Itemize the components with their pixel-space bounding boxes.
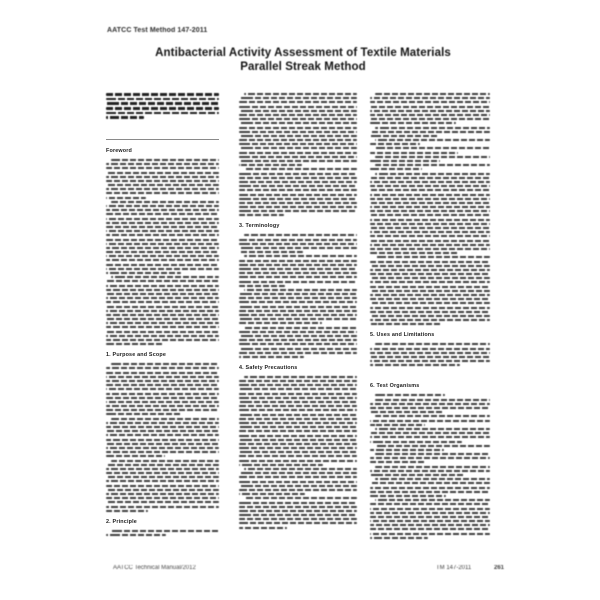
text-line: [370, 135, 438, 137]
text-line: [239, 260, 357, 262]
paragraph: [106, 159, 219, 199]
text-line: [370, 311, 490, 313]
paragraph: [370, 445, 490, 451]
text-line: [239, 247, 357, 249]
text-line: [106, 393, 219, 395]
text-line: [239, 243, 357, 245]
text-line: [106, 184, 219, 186]
text-line: [106, 268, 219, 270]
text-line: [370, 210, 490, 212]
section-heading: Foreword: [106, 148, 208, 153]
text-line: [370, 106, 490, 108]
text-line: [239, 464, 323, 466]
text-line: [239, 214, 284, 216]
text-line: [106, 239, 219, 241]
horizontal-rule: [106, 139, 219, 140]
text-line: [239, 481, 357, 483]
text-line: [370, 194, 490, 196]
text-line: [106, 372, 219, 374]
text-line: [375, 147, 490, 149]
text-line: [375, 394, 445, 396]
text-line: [239, 147, 357, 149]
text-line: [106, 272, 181, 274]
text-line: [239, 388, 357, 390]
text-line: [239, 122, 357, 124]
text-line: [244, 327, 357, 329]
text-line: [239, 239, 357, 241]
text-line: [239, 285, 285, 287]
text-line: [370, 302, 490, 304]
text-line: [370, 528, 490, 530]
text-line: [370, 261, 490, 263]
text-line: [244, 376, 357, 378]
text-line: [244, 289, 357, 291]
text-line: [370, 223, 490, 225]
text-line: [370, 319, 490, 321]
text-line: [239, 173, 357, 175]
section-heading: 6. Test Organisms: [370, 384, 478, 389]
text-line: [106, 447, 219, 449]
text-line: [370, 356, 490, 358]
text-line: [375, 499, 490, 501]
text-line: [106, 230, 219, 232]
text-line: [370, 487, 490, 489]
section-heading: 3. Terminology: [239, 224, 345, 229]
text-line: [370, 364, 460, 366]
text-line: [239, 447, 357, 449]
text-line: [375, 478, 490, 480]
text-line: [370, 436, 490, 438]
text-column-right: 5. Uses and Limitations6. Test Organisms: [370, 93, 490, 541]
text-line: [106, 163, 219, 165]
text-line: [239, 297, 357, 299]
text-line: [106, 205, 219, 207]
paragraph: [370, 127, 490, 137]
text-line: [370, 307, 490, 309]
text-line: [106, 380, 219, 382]
text-line: [239, 451, 357, 453]
text-line: [370, 323, 441, 325]
text-line: [106, 506, 219, 508]
text-line: [370, 168, 422, 170]
text-line: [375, 399, 490, 401]
paragraph: [239, 168, 357, 216]
text-line: [239, 281, 357, 283]
text-line: [239, 152, 357, 154]
paragraph: [239, 468, 357, 495]
text-line: [106, 326, 219, 328]
text-line: [244, 255, 357, 257]
paragraph: [370, 499, 490, 539]
text-line: [106, 116, 144, 119]
text-line: [239, 405, 357, 407]
text-line: [239, 101, 357, 103]
text-line: [239, 426, 357, 428]
text-line: [244, 168, 357, 170]
text-line: [106, 464, 219, 466]
text-line: [106, 222, 219, 224]
text-line: [375, 93, 490, 95]
text-line: [239, 276, 357, 278]
text-line: [370, 231, 490, 233]
text-line: [106, 112, 219, 115]
text-line: [370, 110, 490, 112]
text-line: [106, 98, 219, 101]
text-line: [239, 106, 357, 108]
footer-method-number: TM 147-2011: [436, 565, 471, 571]
text-line: [370, 537, 428, 539]
text-line: [375, 127, 490, 129]
text-line: [239, 189, 357, 191]
text-line: [370, 286, 490, 288]
text-line: [106, 384, 219, 386]
text-line: [370, 533, 490, 535]
text-line: [239, 202, 357, 204]
text-line: [239, 409, 357, 411]
text-line: [370, 290, 490, 292]
text-line: [239, 114, 357, 116]
text-line: [239, 518, 357, 520]
text-line: [239, 339, 357, 341]
text-line: [239, 522, 357, 524]
text-line: [106, 280, 219, 282]
text-line: [106, 289, 219, 291]
text-line: [370, 227, 490, 229]
text-line: [370, 424, 425, 426]
text-line: [239, 506, 357, 508]
paragraph: [370, 453, 490, 463]
text-line: [370, 348, 490, 350]
text-line: [239, 418, 357, 420]
text-line: [244, 468, 357, 470]
paragraph: [106, 418, 219, 458]
text-line: [239, 206, 357, 208]
text-line: [370, 131, 490, 133]
text-line: [375, 256, 490, 258]
text-line: [370, 219, 490, 221]
text-line: [239, 422, 357, 424]
footer-manual-title: AATCC Technical Manual/2012: [113, 565, 196, 571]
text-line: [106, 472, 219, 474]
paragraph: [239, 234, 357, 253]
text-line: [370, 269, 490, 271]
text-line: [370, 403, 490, 405]
text-line: [370, 198, 490, 200]
text-line: [239, 251, 303, 253]
text-line: [239, 380, 357, 382]
paragraph: [370, 173, 490, 255]
text-line: [106, 218, 219, 220]
paragraph: [370, 478, 490, 497]
text-line: [370, 206, 490, 208]
text-line: [239, 268, 357, 270]
paragraph: [370, 164, 490, 170]
text-line: [106, 426, 219, 428]
text-line: [106, 480, 219, 482]
text-line: [239, 139, 357, 141]
text-line: [239, 156, 357, 158]
text-line: [370, 470, 490, 472]
text-line: [239, 472, 357, 474]
text-line: [370, 474, 464, 476]
paragraph: [106, 276, 219, 345]
text-line: [244, 93, 357, 95]
text-line: [239, 143, 357, 145]
text-line: [370, 420, 490, 422]
text-line: [239, 210, 357, 212]
paragraph: [370, 394, 490, 396]
text-line: [111, 159, 219, 161]
paragraph: [239, 289, 357, 325]
spacer: [370, 368, 490, 376]
text-line: [370, 407, 490, 409]
document-title-line2: Parallel Streak Method: [103, 61, 503, 75]
text-line: [106, 468, 219, 470]
text-line: [106, 510, 148, 512]
text-line: [239, 314, 357, 316]
text-line: [106, 251, 219, 253]
text-line: [239, 401, 357, 403]
text-line: [239, 264, 357, 266]
text-line: [370, 277, 490, 279]
text-line: [239, 489, 357, 491]
text-line: [239, 510, 357, 512]
text-line: [239, 352, 357, 354]
text-line: [370, 491, 490, 493]
paragraph: [370, 156, 490, 162]
text-line: [106, 255, 219, 257]
text-line: [106, 434, 219, 436]
text-line: [239, 306, 357, 308]
paragraph: [370, 139, 490, 145]
text-column-middle: 3. Terminology4. Safety Precautions: [239, 93, 357, 531]
text-line: [375, 445, 490, 447]
text-line: [239, 485, 357, 487]
text-line: [106, 376, 219, 378]
text-line: [370, 524, 490, 526]
text-line: [239, 293, 357, 295]
text-line: [106, 335, 219, 337]
paragraph: [239, 376, 357, 466]
text-line: [370, 114, 490, 116]
text-line: [106, 331, 219, 333]
paragraph: [106, 201, 219, 274]
text-line: [239, 356, 304, 358]
text-line: [239, 455, 357, 457]
text-line: [244, 497, 357, 499]
text-line: [106, 489, 219, 491]
text-line: [370, 512, 490, 514]
text-line: [370, 185, 490, 187]
text-line: [370, 248, 490, 250]
text-line: [239, 435, 357, 437]
text-line: [239, 318, 357, 320]
text-line: [239, 110, 357, 112]
text-line: [106, 388, 219, 390]
text-line: [370, 235, 490, 237]
text-line: [106, 93, 219, 96]
text-line: [370, 315, 490, 317]
text-line: [370, 520, 490, 522]
text-line: [111, 363, 219, 365]
text-line: [370, 352, 490, 354]
text-line: [111, 460, 219, 462]
text-line: [106, 259, 219, 261]
text-line: [370, 294, 490, 296]
text-line: [106, 405, 219, 407]
text-line: [239, 476, 357, 478]
paragraph: [370, 343, 490, 366]
text-line: [239, 160, 357, 162]
text-line: [239, 310, 357, 312]
text-line: [370, 118, 490, 120]
paragraph: [370, 147, 490, 153]
paragraph: [370, 466, 490, 476]
text-line: [111, 530, 219, 532]
text-line: [239, 118, 357, 120]
text-line: [106, 285, 219, 287]
text-line: [239, 460, 357, 462]
text-line: [239, 527, 287, 529]
text-line: [111, 418, 219, 420]
text-line: [106, 107, 219, 110]
text-line: [370, 265, 490, 267]
text-line: [239, 135, 357, 137]
text-line: [375, 453, 490, 455]
paragraph: [106, 530, 219, 536]
text-line: [106, 301, 219, 303]
text-line: [106, 176, 219, 178]
text-line: [239, 164, 302, 166]
text-line: [106, 322, 219, 324]
text-line: [106, 455, 165, 457]
section-heading: 2. Principle: [106, 519, 208, 524]
text-line: [244, 234, 357, 236]
text-line: [106, 343, 164, 345]
text-line: [106, 306, 219, 308]
text-line: [106, 451, 219, 453]
text-line: [370, 244, 490, 246]
text-line: [239, 177, 357, 179]
text-line: [106, 409, 219, 411]
paragraph: [239, 93, 357, 166]
text-line: [370, 177, 490, 179]
text-line: [370, 516, 490, 518]
text-line: [106, 534, 166, 536]
text-line: [370, 461, 426, 463]
text-line: [106, 226, 219, 228]
text-line: [370, 411, 443, 413]
text-line: [106, 310, 219, 312]
text-line: [106, 102, 219, 105]
text-line: [106, 297, 219, 299]
text-line: [239, 131, 357, 133]
paragraph: [370, 399, 490, 414]
text-line: [106, 339, 219, 341]
text-line: [370, 122, 456, 124]
text-line: [106, 192, 219, 194]
text-line: [375, 164, 490, 166]
text-line: [106, 401, 219, 403]
text-line: [370, 508, 490, 510]
text-line: [106, 476, 219, 478]
text-line: [106, 188, 219, 190]
paragraph: [239, 497, 357, 528]
text-line: [370, 181, 490, 183]
text-line: [239, 272, 357, 274]
text-line: [375, 428, 490, 430]
text-line: [239, 301, 357, 303]
text-line: [370, 281, 490, 283]
paragraph: [106, 363, 219, 415]
text-line: [106, 430, 219, 432]
text-line: [370, 495, 446, 497]
text-line: [239, 194, 357, 196]
text-line: [370, 457, 490, 459]
text-line: [239, 502, 357, 504]
text-line: [375, 156, 490, 158]
text-line: [370, 273, 490, 275]
text-line: [106, 247, 219, 249]
section-heading: 5. Uses and Limitations: [370, 333, 478, 338]
text-line: [370, 298, 490, 300]
text-line: [239, 384, 357, 386]
paragraph: [370, 428, 490, 443]
text-line: [370, 449, 444, 451]
text-line: [106, 264, 219, 266]
text-line: [239, 331, 357, 333]
text-line: [375, 466, 490, 468]
section-heading: 4. Safety Precautions: [239, 365, 345, 370]
paragraph: [370, 415, 490, 425]
text-line: [239, 414, 357, 416]
text-line: [370, 482, 490, 484]
text-line: [106, 422, 219, 424]
text-line: [370, 252, 459, 254]
section-heading: 1. Purpose and Scope: [106, 352, 208, 357]
text-line: [106, 439, 219, 441]
document-title-line1: Antibacterial Activity Assessment of Tex…: [103, 47, 503, 61]
text-line: [106, 293, 219, 295]
text-line: [239, 185, 357, 187]
text-line: [239, 439, 357, 441]
text-line: [239, 443, 357, 445]
text-line: [375, 173, 490, 175]
text-column-left: Foreword1. Purpose and Scope2. Principle: [106, 93, 219, 538]
text-line: [111, 201, 219, 203]
text-line: [239, 397, 357, 399]
text-line: [370, 189, 490, 191]
text-line: [106, 197, 146, 199]
text-line: [239, 514, 357, 516]
text-line: [111, 276, 219, 278]
text-line: [106, 413, 182, 415]
text-line: [375, 139, 490, 141]
text-line: [370, 143, 420, 145]
text-line: [370, 101, 490, 103]
text-line: [239, 181, 357, 183]
paragraph: [239, 327, 357, 358]
text-line: [106, 213, 219, 215]
text-line: [239, 127, 357, 129]
text-line: [370, 214, 490, 216]
text-line: [106, 318, 219, 320]
text-line: [375, 343, 490, 345]
text-line: [370, 152, 458, 154]
text-line: [106, 485, 219, 487]
text-line: [106, 493, 219, 495]
text-line: [106, 367, 219, 369]
